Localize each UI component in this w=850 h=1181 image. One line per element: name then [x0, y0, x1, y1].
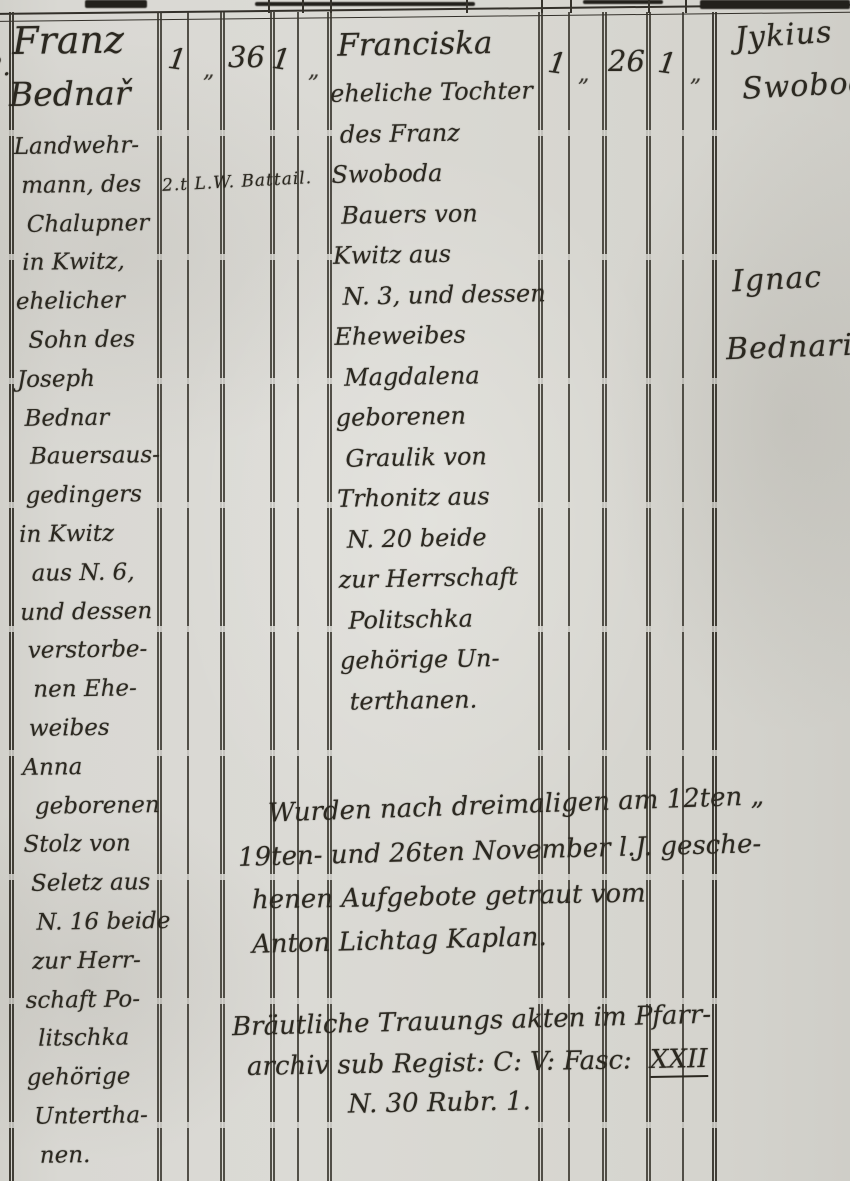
text-line: Eheweibes	[334, 313, 543, 357]
header-rule-stub	[302, 0, 304, 13]
archive-note-registry-text: archiv sub Regist: C: V: Fasc:	[247, 1045, 632, 1082]
text-line: Magdalena	[344, 354, 544, 398]
text-line: geborenen	[335, 394, 544, 438]
text-line: Sohn des	[28, 320, 153, 361]
witness-signature-2-line-1: Ignac	[731, 260, 823, 300]
bride-column: Franciska eheliche Tochter des Franz Swo…	[337, 24, 549, 721]
scan-smudge	[700, 0, 850, 9]
groom-first-name: Franz	[12, 17, 149, 63]
groom-religion-katholisch-value: 1	[166, 41, 189, 77]
marriage-note-line-4: Anton Lichtag Kaplan.	[252, 922, 547, 960]
header-rule-stub	[466, 0, 468, 13]
bride-description: eheliche Tochter des Franz Swoboda Bauer…	[330, 70, 549, 722]
text-line: Anna	[22, 747, 159, 788]
archive-note-line-1: Bräutliche Trauungs akten im Pfarr-	[232, 1000, 712, 1043]
marriage-note-line-1: Wurden nach dreimaligen am 12ten „	[268, 781, 765, 828]
groom-age-value: 36	[228, 40, 265, 74]
groom-religion-protestantisch-ditto: „	[203, 58, 214, 83]
text-line: nen.	[40, 1135, 165, 1176]
text-line: N. 16 beide	[36, 902, 161, 943]
text-line: terthanen.	[349, 678, 549, 722]
witness-signature-1-line-2: Swoboda	[741, 64, 850, 107]
text-line: und dessen	[20, 592, 157, 633]
groom-regiment-note: 2.t L.W. Battail.	[162, 168, 313, 196]
text-line: gehörige	[26, 1057, 163, 1098]
text-line: verstorbe-	[27, 630, 157, 671]
text-line: ehelicher	[16, 281, 153, 322]
text-line: litschka	[38, 1018, 163, 1059]
text-line: zur Herr-	[32, 941, 162, 982]
column-rule	[712, 12, 714, 1181]
text-line: Untertha-	[34, 1096, 164, 1137]
text-line: gehörige Un-	[340, 637, 549, 681]
column-rule	[327, 12, 329, 1181]
groom-surname: Bednař	[9, 73, 150, 114]
text-line: des Franz	[339, 111, 539, 155]
bride-age-value: 26	[608, 44, 645, 78]
text-line: weibes	[29, 708, 159, 749]
archive-note-fascicle-numeral: XXII	[650, 1044, 708, 1078]
header-rule-stub	[685, 0, 687, 13]
witness-signature-1-line-1: Jykius	[734, 15, 834, 57]
text-line: Bednar	[24, 398, 154, 439]
groom-stand-witwer-ditto: „	[308, 58, 319, 83]
text-line: zur Herrschaft	[338, 556, 547, 600]
text-line: eheliche Tochter	[330, 70, 539, 114]
text-line: Graulik von	[345, 435, 545, 479]
archive-note-line-3: N. 30 Rubr. 1.	[348, 1086, 531, 1119]
text-line: gedingers	[25, 475, 155, 516]
text-line: Chalupner	[27, 204, 152, 245]
text-line: Stolz von	[23, 824, 160, 865]
text-line: Bauers von	[341, 192, 541, 236]
text-line: N. 3, und dessen	[342, 273, 542, 317]
bride-stand-witwe-ditto: „	[690, 62, 701, 87]
bride-name: Franciska	[337, 24, 538, 63]
marriage-note-line-3: henen Aufgebote getraut vom	[252, 879, 646, 916]
groom-stand-ledig-value: 1	[270, 41, 293, 77]
groom-description: Landwehr- mann, des Chalupner in Kwitz, …	[13, 126, 164, 1175]
text-line: Trhonitz aus	[337, 475, 546, 519]
text-line: mann, des	[21, 165, 151, 206]
scan-smudge	[583, 0, 663, 4]
text-line: Swoboda	[331, 151, 540, 195]
text-line: aus N. 6,	[31, 553, 156, 594]
bride-religion-protestantisch-ditto: „	[578, 62, 589, 87]
bride-religion-katholisch-value: 1	[546, 45, 569, 81]
text-line: in Kwitz,	[22, 242, 152, 283]
text-line: Kwitz aus	[333, 232, 542, 276]
groom-column: Franz Bednař Landwehr- mann, des Chalupn…	[12, 17, 164, 1175]
text-line: Landwehr-	[13, 126, 150, 167]
text-line: Joseph	[17, 359, 154, 400]
text-line: Seletz aus	[31, 863, 161, 904]
column-rule	[9, 12, 11, 1181]
bride-stand-ledig-value: 1	[656, 45, 679, 81]
scan-smudge	[255, 2, 475, 6]
text-line: nen Ehe-	[33, 669, 158, 710]
scan-smudge	[85, 0, 147, 8]
text-line: schaft Po-	[25, 980, 162, 1021]
witness-signature-2-line-2: Bednari	[725, 328, 850, 367]
text-line: Bauersaus-	[30, 436, 155, 477]
header-rule-stub	[570, 0, 572, 13]
text-line: Politschka	[348, 597, 548, 641]
text-line: N. 20 beide	[347, 516, 547, 560]
text-line: in Kwitz	[19, 514, 156, 555]
archive-note-line-2: archiv sub Regist: C: V: Fasc: XXII	[247, 1044, 708, 1082]
text-line: geborenen	[35, 786, 160, 827]
register-page: 2. Franz Bednař Landwehr- mann, des Chal…	[0, 0, 850, 1181]
